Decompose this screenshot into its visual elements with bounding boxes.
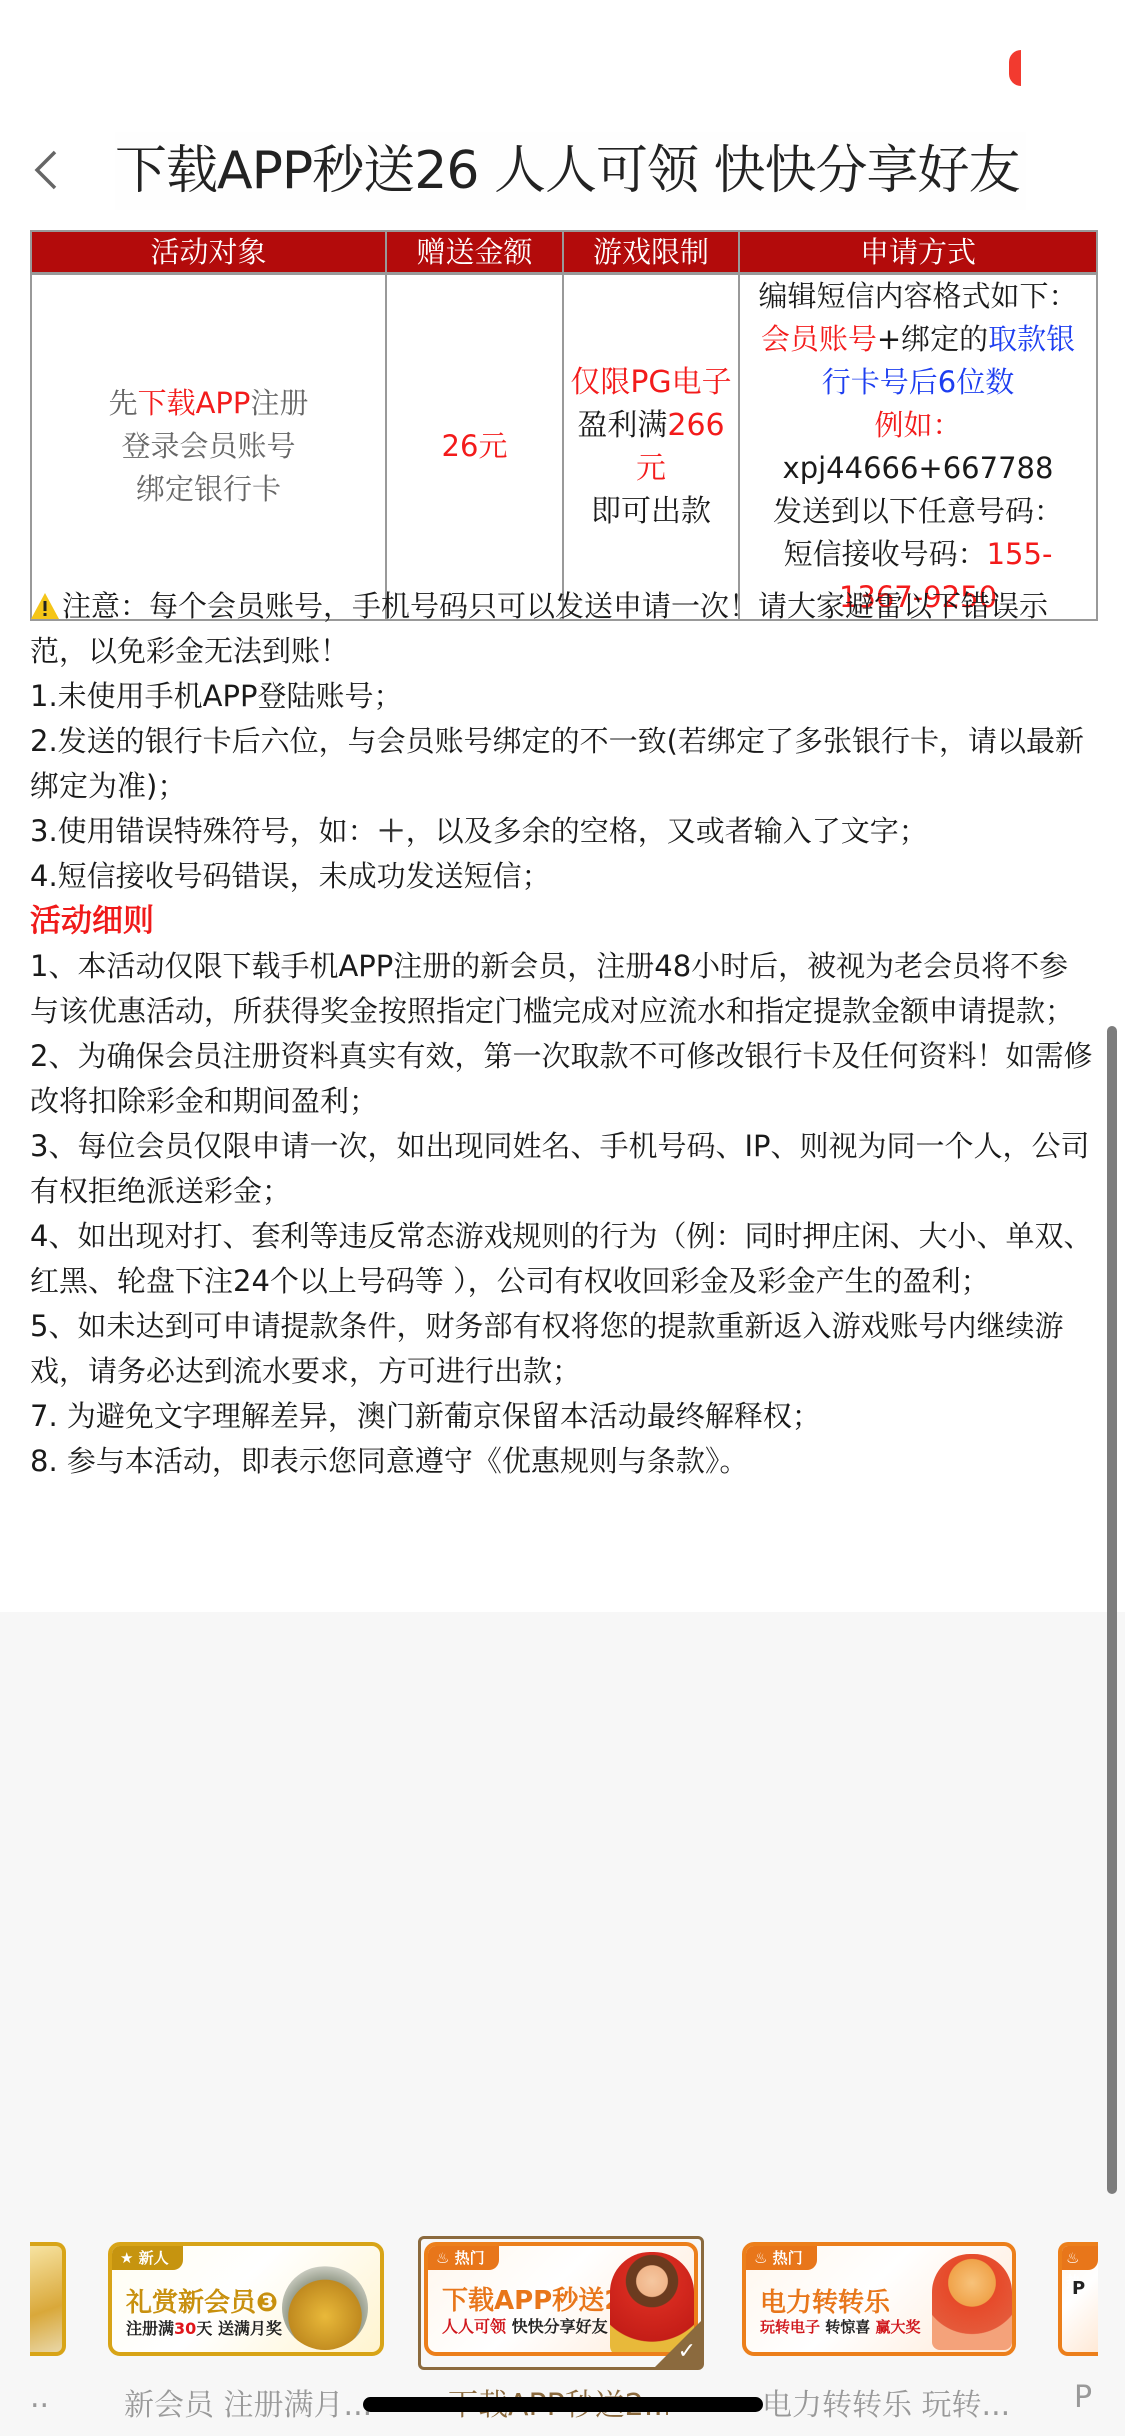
carousel-item-title: 电力转转乐 玩转... [762,2380,1012,2424]
target-line2: 登录会员账号 [38,425,379,468]
notes-section: 注意：每个会员账号，手机号码只可以发送申请一次！请大家避雷以下错误示范，以免彩金… [30,584,1096,1484]
rule-item-3: 3、每位会员仅限申请一次，如出现同姓名、手机号码、IP、则视为同一个人，公司有权… [30,1124,1096,1214]
nav-bar: 下载APP秒送26 人人可领 快快分享好友 [0,120,1125,225]
scrollbar-thumb[interactable] [1107,1026,1117,2194]
home-indicator[interactable] [363,2397,763,2412]
target-highlight: 下载APP [138,386,251,420]
limit-prefix: 盈利满 [577,408,667,443]
apply-bank-a: 取款银 [988,322,1075,356]
carousel-item-4[interactable]: ♨热 P P [1058,2228,1125,2436]
banner-subtitle: 人人可领 快快分享好友 [442,2314,608,2337]
note-item-3: 3.使用错误特殊符号，如：＋，以及多余的空格，又或者输入了文字； [30,809,1096,854]
rules-heading: 活动细则 [30,898,1096,944]
warning-icon [30,592,60,620]
limit-line1: 仅限PG电子 [570,361,732,404]
carousel-item-title: P [1074,2380,1114,2415]
tag-hot: ♨热 [1062,2246,1098,2270]
limit-line4: 即可出款 [570,490,732,533]
apply-line5: 发送到以下任意号码： [742,490,1094,533]
rule-item-5: 5、如未达到可申请提款条件，财务部有权将您的提款重新返入游戏账号内继续游戏，请务… [30,1304,1096,1394]
rule-item-2: 2、为确保会员注册资料真实有效，第一次取款不可修改银行卡及任何资料！如需修改将扣… [30,1034,1096,1124]
carousel-item-3[interactable]: ♨ 热门 电力转转乐 玩转电子 转惊喜 赢大奖 电力转转乐 玩转... [742,2228,1016,2436]
banner-image: ♨ 热门 下载APP秒送26 人人可领 快快分享好友 [424,2242,698,2356]
mascot-art [610,2252,694,2356]
promo-table: 活动对象 赠送金额 游戏限制 申请方式 先下载APP注册 登录会员账号 绑定银行… [30,230,1098,621]
banner-image: ★ 新人 礼赏新会员❸ 注册满30天 送满月奖 [108,2242,384,2356]
table-header-row: 活动对象 赠送金额 游戏限制 申请方式 [31,231,1097,273]
money-bag-art [282,2266,368,2350]
apply-bank-b: 行卡号后6位数 [742,361,1094,404]
tag-hot: ♨ 热门 [428,2246,499,2270]
page-title: 下载APP秒送26 人人可领 快快分享好友 [115,132,1026,210]
banner-title: 电力转转乐 [760,2282,890,2319]
apply-mid: +绑定的 [877,322,988,356]
plus-symbol: ＋ [377,814,406,848]
banner-image: ♨热 P [1058,2242,1098,2356]
limit-unit: 元 [570,447,732,490]
apply-example: xpj44666+667788 [783,451,1054,485]
header-apply-method: 申请方式 [739,231,1097,273]
apply-example-label: 例如： [874,408,961,442]
note-item-1: 1.未使用手机APP登陆账号； [30,674,1096,719]
target-line3: 绑定银行卡 [38,468,379,511]
banner-title: P [1072,2278,1085,2299]
banner-subtitle: 玩转电子 转惊喜 赢大奖 [760,2316,920,2337]
carousel-item-1[interactable]: ★ 新人 礼赏新会员❸ 注册满30天 送满月奖 新会员 注册满月... [108,2228,384,2436]
mouse-mascot-art [932,2254,1012,2350]
rule-item-4: 4、如出现对打、套利等违反常态游戏规则的行为（例：同时押庄闲、大小、单双、红黑、… [30,1214,1096,1304]
carousel-item-0[interactable]: .. [0,2228,80,2436]
carousel-item-title: 新会员 注册满月... [124,2380,374,2424]
cell-game-limit: 仅限PG电子 盈利满266 元 即可出款 [563,273,739,620]
rule-item-8: 8. 参与本活动，即表示您同意遵守《优惠规则与条款》。 [30,1439,1096,1484]
header-amount: 赠送金额 [386,231,563,273]
target-suffix: 注册 [250,386,308,420]
cell-target: 先下载APP注册 登录会员账号 绑定银行卡 [31,273,386,620]
note-item-3-suffix: ，以及多余的空格，又或者输入了文字； [406,814,928,848]
note-item-4: 4.短信接收号码错误，未成功发送短信； [30,854,1096,899]
bonus-amount: 26元 [442,429,508,463]
cell-amount: 26元 [386,273,563,620]
warning-note: 注意：每个会员账号，手机号码只可以发送申请一次！请大家避雷以下错误示范，以免彩金… [30,584,1096,674]
table-row: 先下载APP注册 登录会员账号 绑定银行卡 26元 仅限PG电子 盈利满266 … [31,273,1097,620]
apply-account: 会员账号 [761,322,877,356]
apply-line1: 编辑短信内容格式如下： [742,275,1094,318]
tag-hot: ♨ 热门 [746,2246,817,2270]
tag-new: ★ 新人 [112,2246,183,2270]
cell-apply-method: 编辑短信内容格式如下： 会员账号+绑定的取款银 行卡号后6位数 例如：xpj44… [739,273,1097,620]
back-button[interactable] [18,142,74,198]
recording-indicator-icon [1009,50,1021,86]
sms-label: 短信接收号码： [784,537,987,571]
rule-item-7: 7. 为避免文字理解差异，澳门新葡京保留本活动最终解释权； [30,1394,1096,1439]
note-item-2: 2.发送的银行卡后六位，与会员账号绑定的不一致(若绑定了多张银行卡，请以最新绑定… [30,719,1096,809]
banner-title: 礼赏新会员❸ [126,2282,278,2319]
warning-text: 注意：每个会员账号，手机号码只可以发送申请一次！请大家避雷以下错误示范，以免彩金… [30,589,1048,668]
target-prefix: 先 [109,386,138,420]
banner-image [30,2242,66,2356]
banner-image: ♨ 热门 电力转转乐 玩转电子 转惊喜 赢大奖 [742,2242,1016,2356]
rule-item-1: 1、本活动仅限下载手机APP注册的新会员，注册48小时后，被视为老会员将不参与该… [30,944,1096,1034]
header-target: 活动对象 [31,231,386,273]
chevron-left-icon [31,148,61,192]
header-game-limit: 游戏限制 [563,231,739,273]
limit-amount: 266 [667,408,724,443]
sms-phone-a: 155- [987,537,1053,571]
banner-subtitle: 注册满30天 送满月奖 [126,2316,282,2339]
note-item-3-prefix: 3.使用错误特殊符号，如： [30,814,377,848]
carousel-item-title: .. [30,2380,70,2415]
status-bar [0,0,1125,120]
